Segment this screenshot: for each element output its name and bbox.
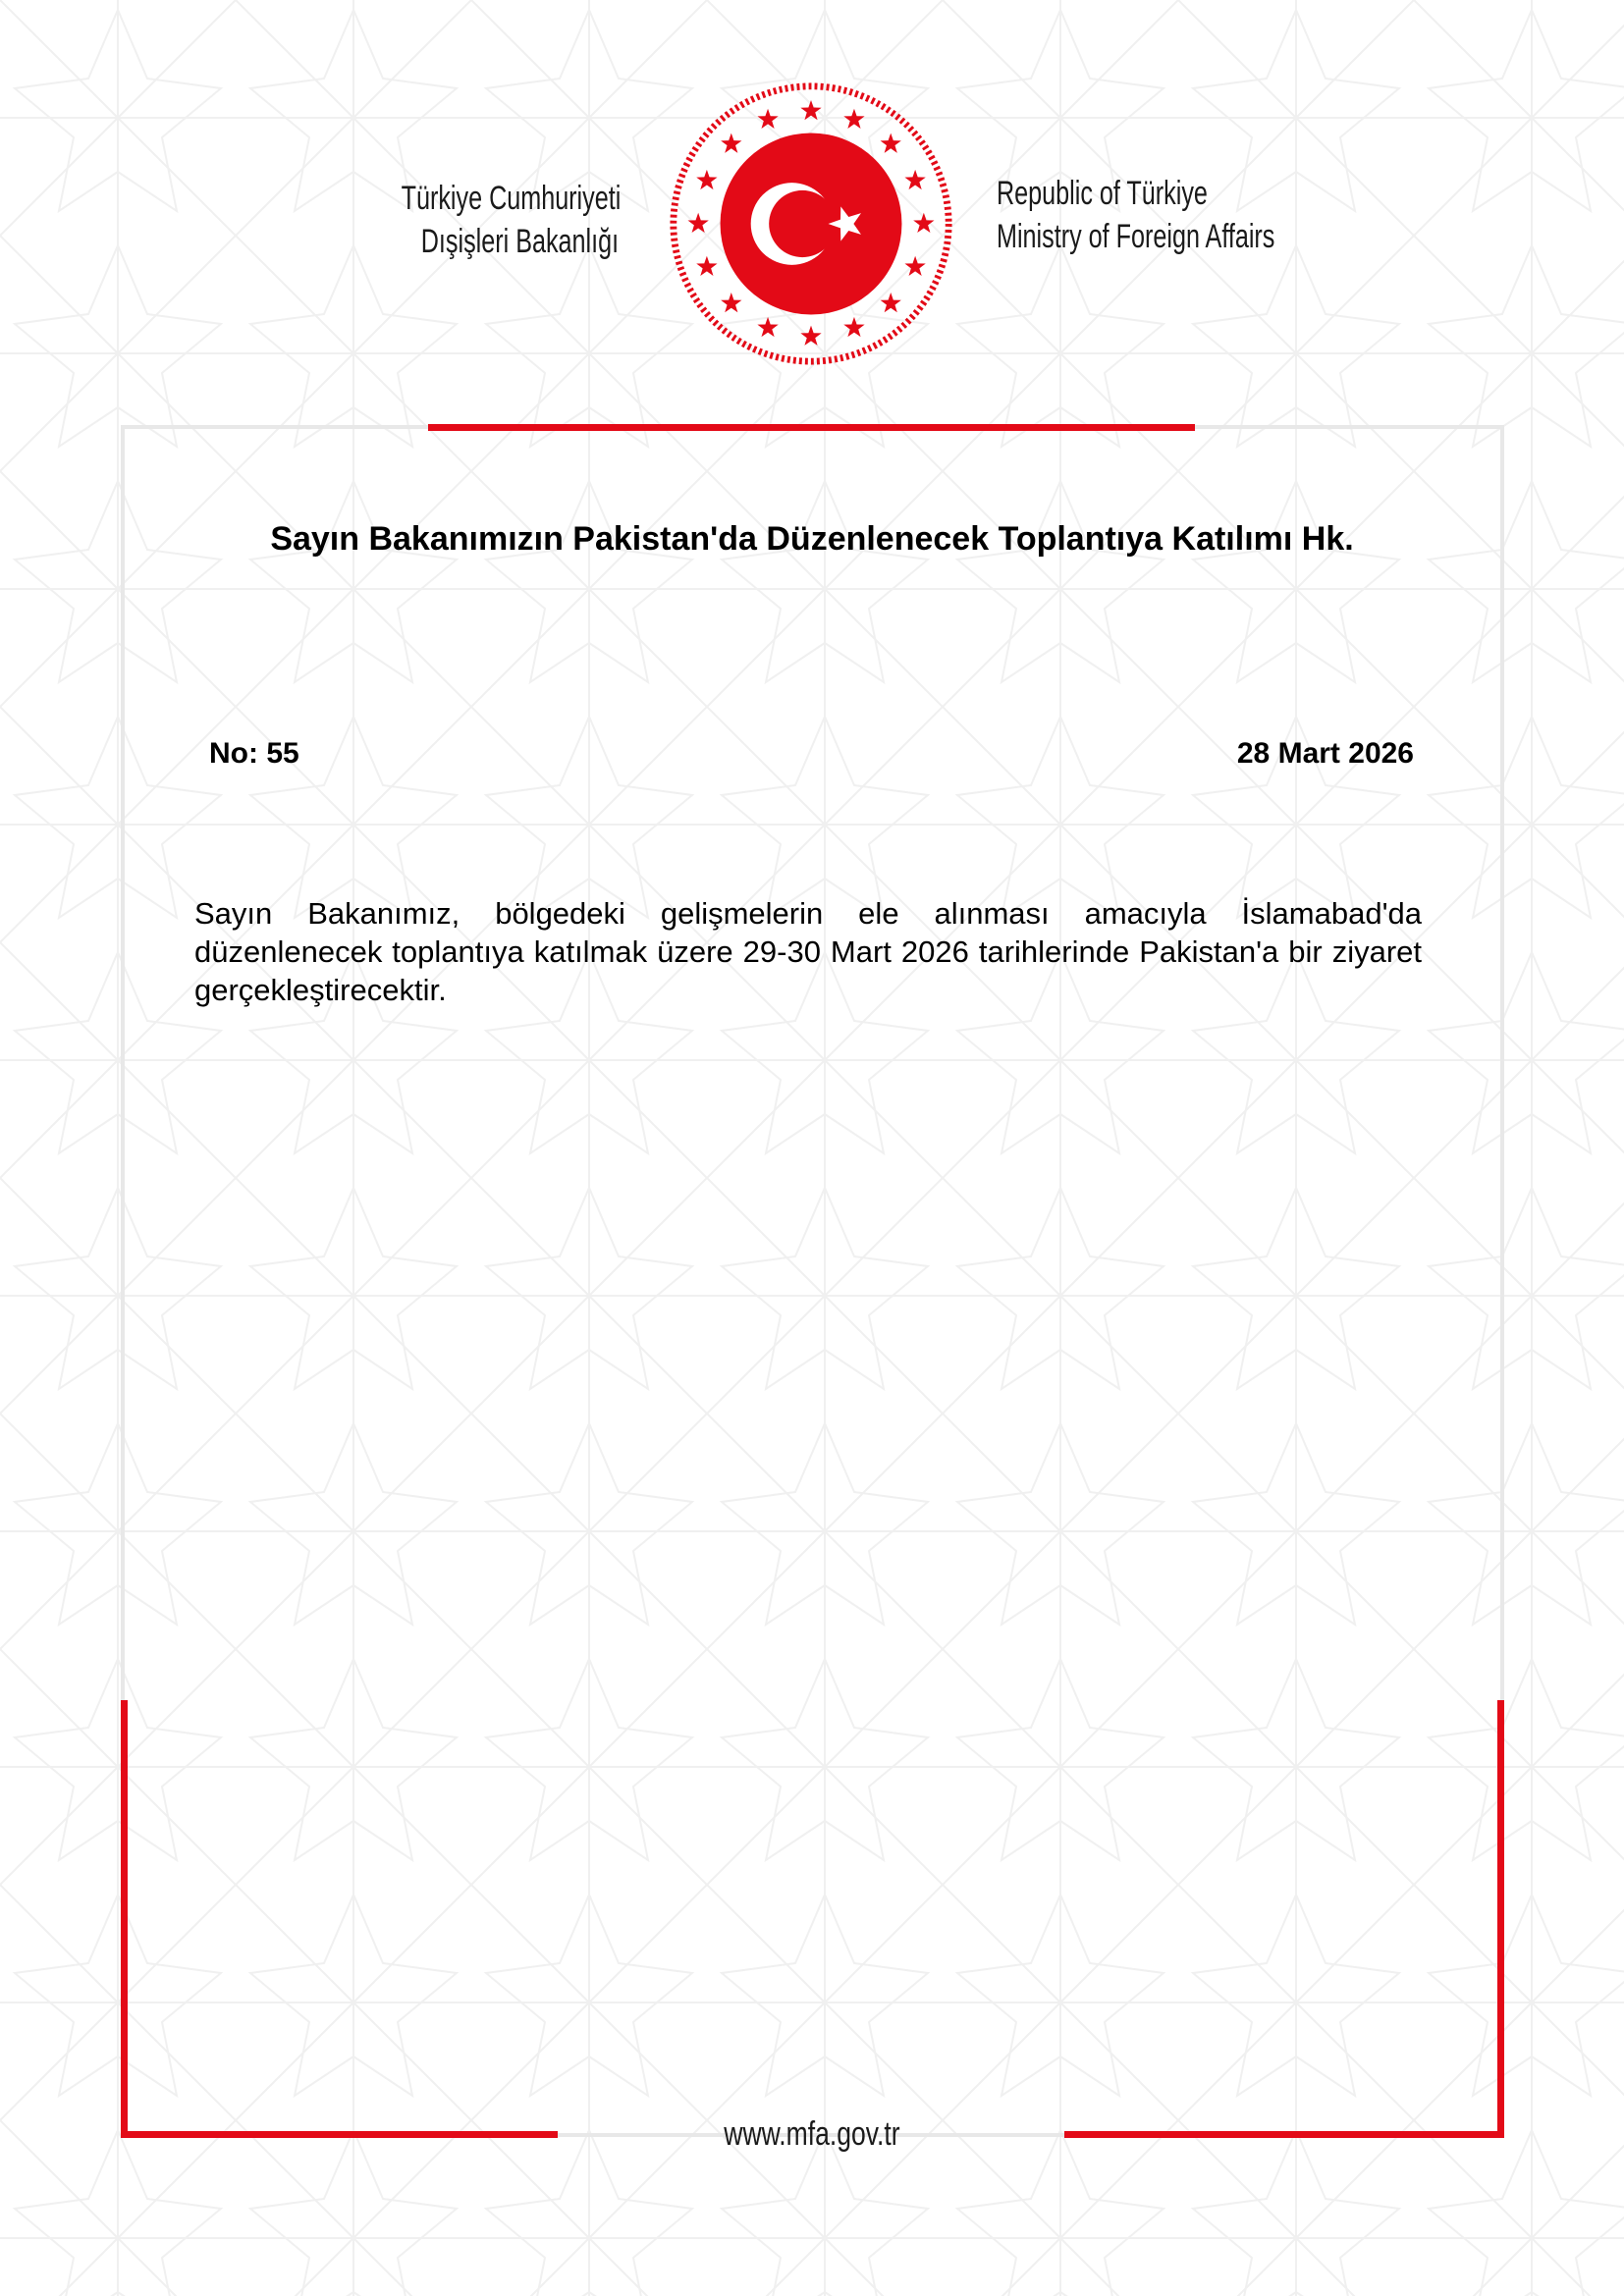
document-content: Sayın Bakanımızın Pakistan'da Düzenlenec…	[0, 0, 1624, 2296]
website-link[interactable]: www.mfa.gov.tr	[628, 2114, 996, 2154]
website-url[interactable]: www.mfa.gov.tr	[724, 2114, 899, 2154]
document-number: No: 55	[209, 736, 299, 772]
document-date: 28 Mart 2026	[1237, 736, 1414, 772]
document-body: Sayın Bakanımız, bölgedeki gelişmelerin …	[194, 894, 1422, 1009]
document-title: Sayın Bakanımızın Pakistan'da Düzenlenec…	[177, 515, 1447, 562]
